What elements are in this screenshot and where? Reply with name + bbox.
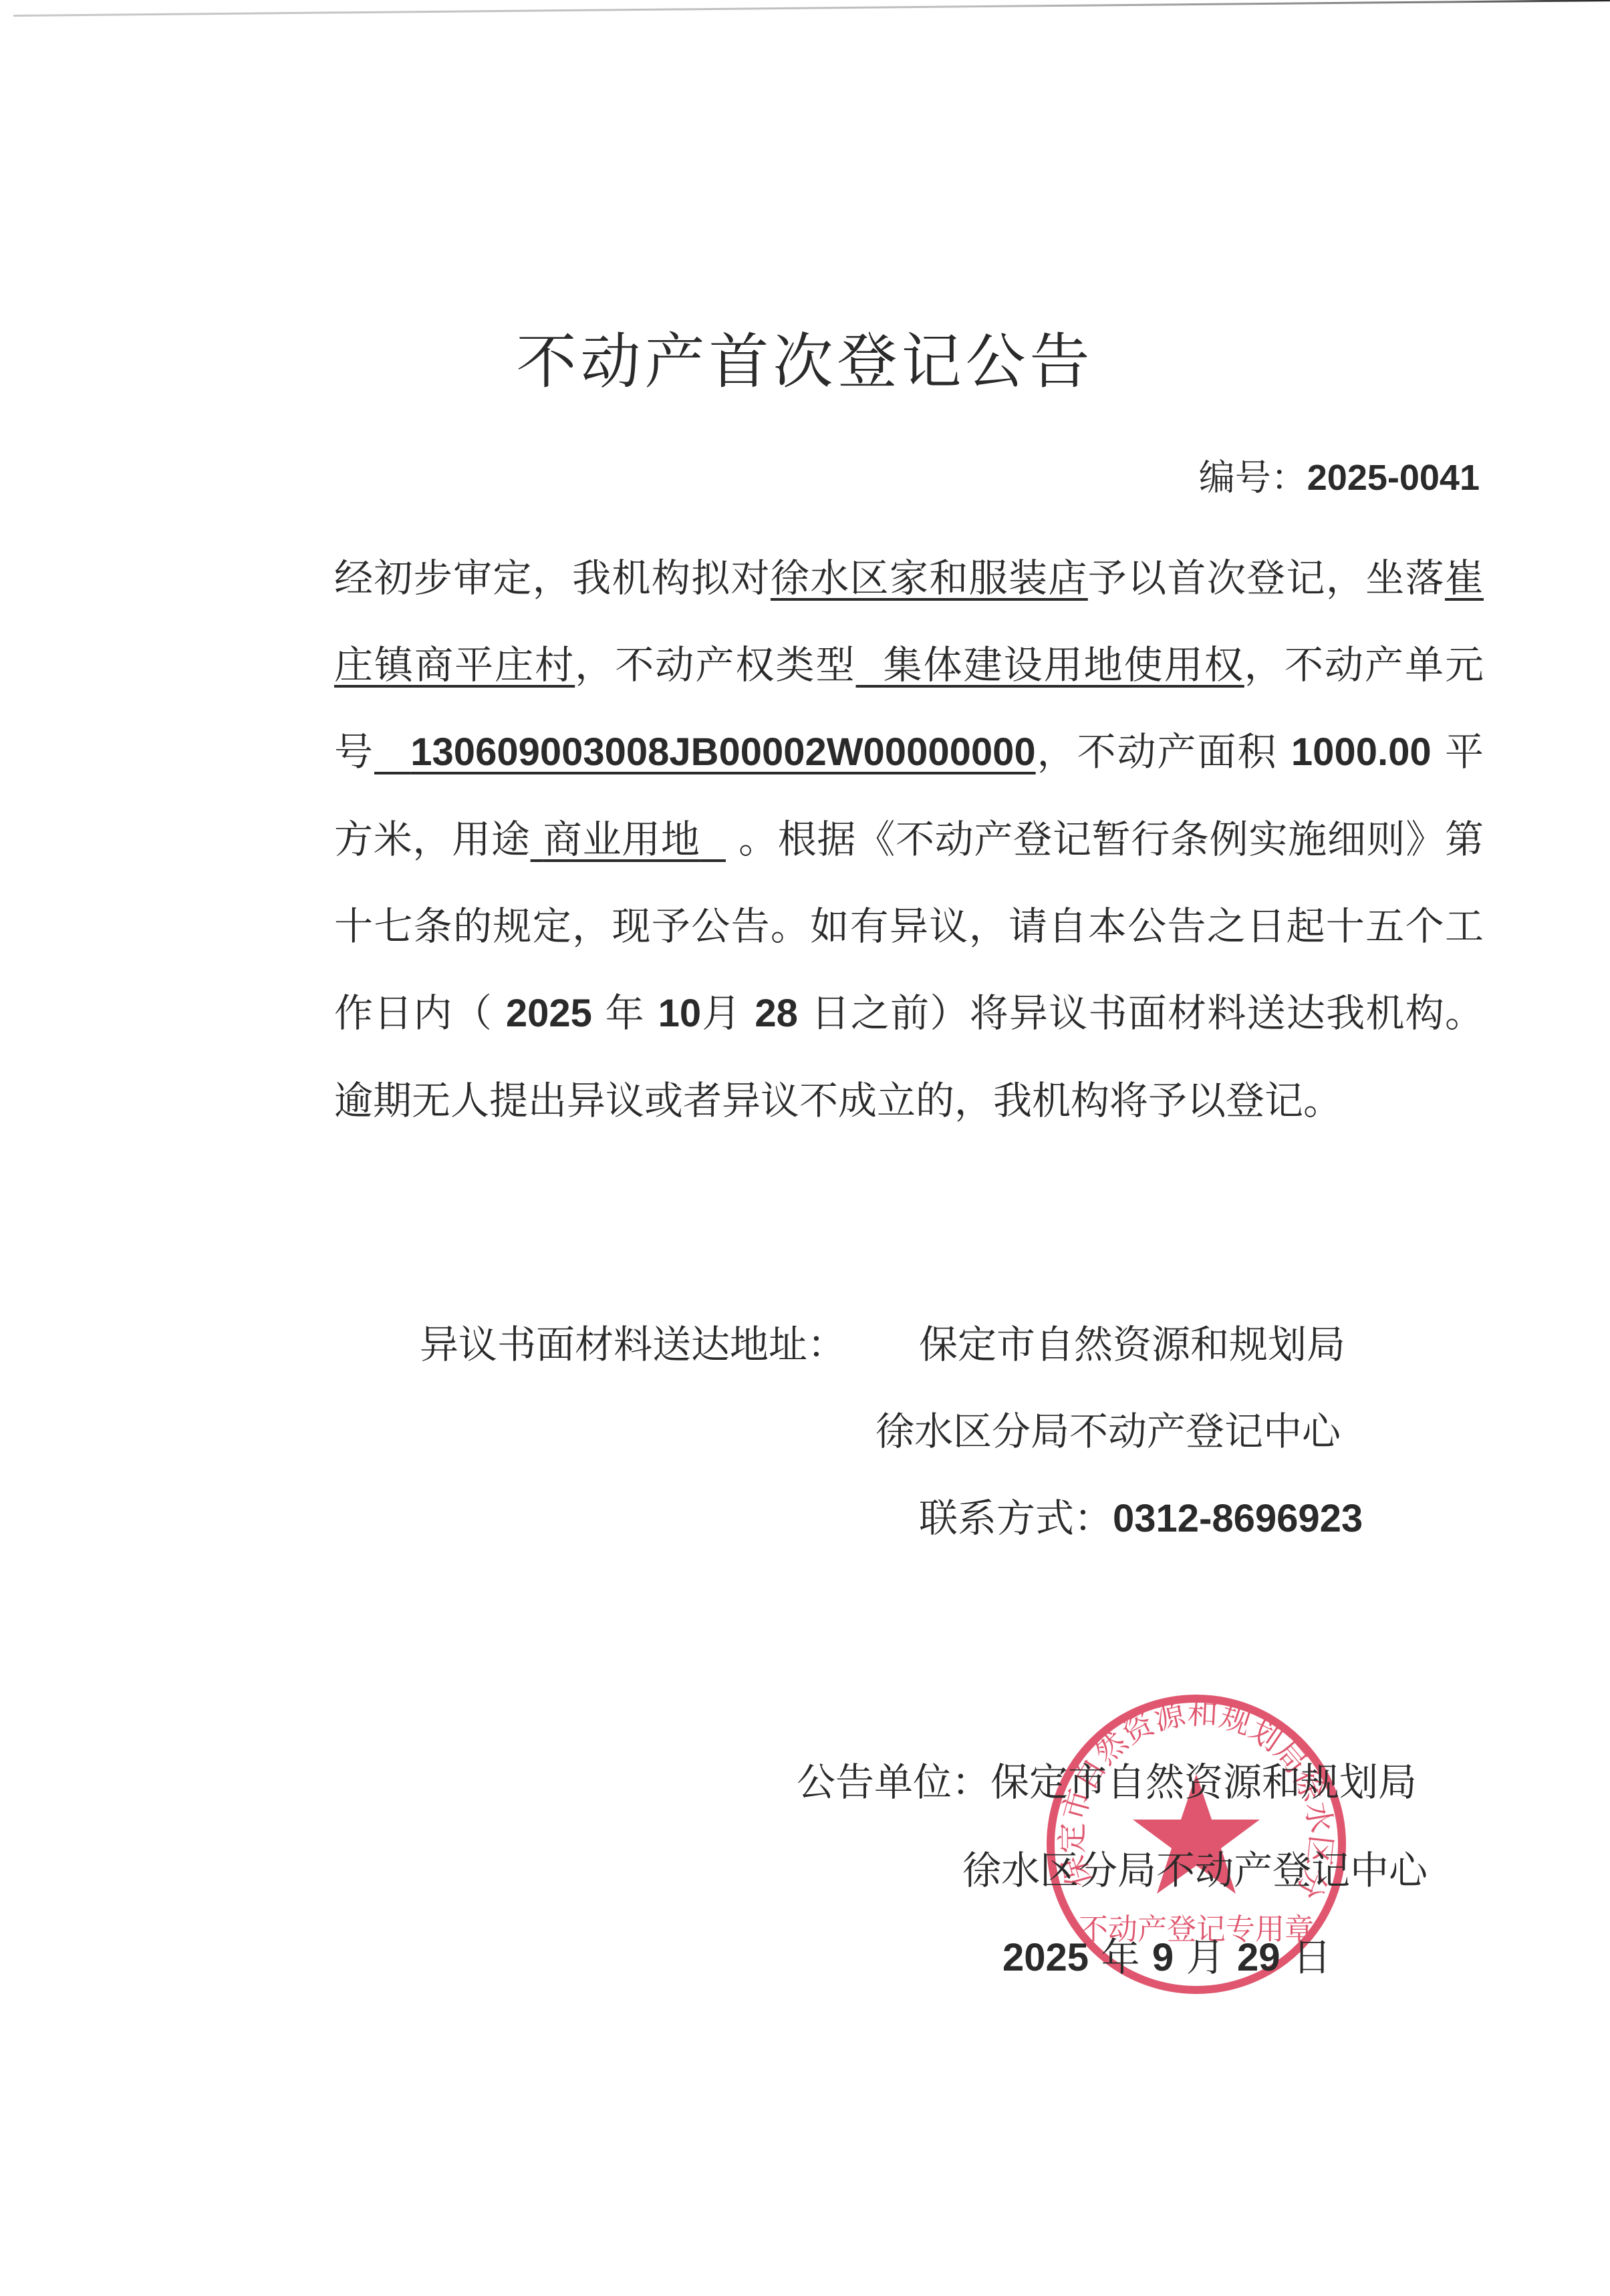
deadline-day: 28 [755, 992, 798, 1035]
issue-date-year: 2025 [1002, 1936, 1089, 1979]
contact-info: 联系方式：0312-8696923 [919, 1487, 1363, 1543]
deadline-year: 2025 [506, 992, 592, 1035]
right-type: 集体建设用地使用权 [856, 642, 1244, 688]
issuer-label: 公告单位： [797, 1759, 990, 1805]
property-area: 1000.00 [1291, 730, 1432, 774]
scan-edge-line [13, 0, 1610, 17]
document-number: 编号：2025-0041 [1199, 449, 1480, 500]
property-usage: 商业用地 [531, 817, 726, 862]
issuer-name-line1: 保定市自然资源和规划局 [990, 1759, 1417, 1805]
issuer-line1: 公告单位：保定市自然资源和规划局 [797, 1751, 1417, 1807]
contact-phone: 0312-8696923 [1113, 1497, 1363, 1540]
issue-date-day: 29 [1237, 1936, 1281, 1979]
announcement-body: 经初步审定，我机构拟对徐水区家和服装店予以首次登记，坐落崔庄镇商平庄村，不动产权… [334, 535, 1484, 1144]
applicant-name: 徐水区家和服装店 [771, 555, 1088, 601]
unit-number: 130609003008JB00002W00000000 [374, 730, 1036, 774]
document-number-label: 编号： [1199, 456, 1307, 498]
objection-address-label: 异议书面材料送达地址： [420, 1313, 846, 1369]
document-number-value: 2025-0041 [1307, 458, 1480, 498]
date-text-segment: 年 [1089, 1934, 1152, 1980]
body-text-segment: 月 [701, 990, 755, 1036]
issue-date-month: 9 [1152, 1936, 1174, 1979]
issuer-name-line2: 徐水区分局不动产登记中心 [962, 1839, 1428, 1895]
contact-label: 联系方式： [919, 1495, 1113, 1541]
objection-address-line1: 保定市自然资源和规划局 [919, 1313, 1345, 1369]
issue-date: 2025 年 9 月 29 日 [1002, 1926, 1331, 1982]
body-text-segment: ，不动产面积 [1036, 729, 1291, 774]
property-usage-value: 商业用地 [543, 817, 700, 862]
body-text-segment: 予以首次登记，坐落 [1088, 555, 1445, 601]
body-text-segment: ，不动产权类型 [575, 642, 855, 688]
objection-address-line2: 徐水区分局不动产登记中心 [876, 1400, 1341, 1456]
body-text-segment: 经初步审定，我机构拟对 [334, 555, 771, 601]
unit-number-value: 130609003008JB00002W00000000 [410, 730, 1035, 774]
date-text-segment: 月 [1174, 1934, 1237, 1980]
date-text-segment: 日 [1281, 1934, 1331, 1980]
body-text-segment: 年 [592, 990, 658, 1036]
right-type-value: 集体建设用地使用权 [883, 642, 1244, 688]
document-title: 不动产首次登记公告 [0, 313, 1610, 400]
deadline-month: 10 [658, 992, 702, 1035]
